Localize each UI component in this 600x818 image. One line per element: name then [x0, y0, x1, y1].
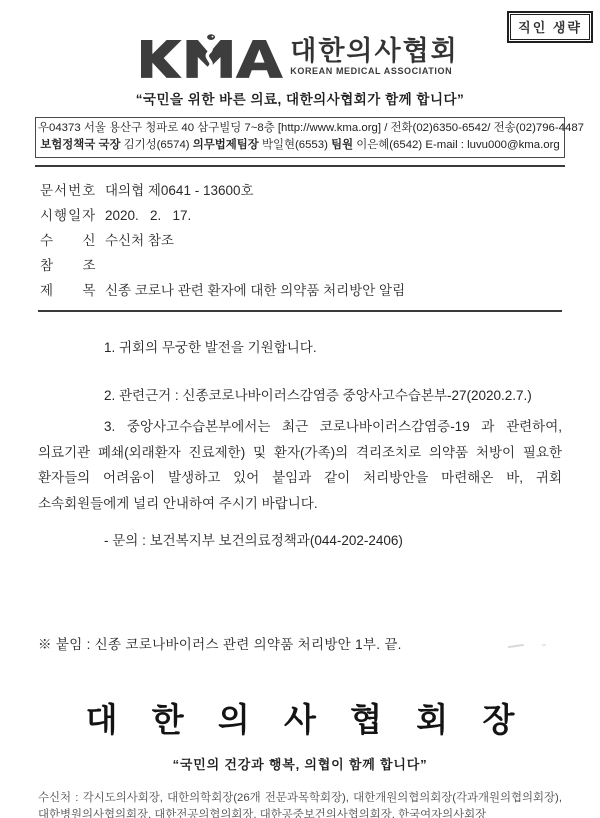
staff-dept-title: 보험정책국 국장 [40, 139, 120, 151]
attachment-note: ※ 붙임 : 신종 코로나바이러스 관련 의약품 처리방안 1부. 끝. [38, 633, 562, 653]
signature-slogan: “국민의 건강과 행복, 의협이 함께 합니다” [0, 754, 600, 773]
org-names: 대한의사협회 KOREAN MEDICAL ASSOCIATION [290, 38, 459, 76]
seal-omitted-label: 직인 생략 [510, 14, 590, 40]
seal-omitted-stamp: 직인 생략 [507, 11, 593, 43]
meta-row-doc-number: 문서번호 대의협 제0641 - 13600호 [40, 179, 560, 204]
signer-title: 대 한 의 사 협 회 장 [0, 703, 600, 741]
recipients-list: 수신처 : 각시도의사회장, 대한의학회장(26개 전문과목학회장), 대한개원… [38, 790, 562, 818]
divider-top [35, 165, 565, 167]
inquiry-line: - 문의 : 보건복지부 보건의료정책과(044-202-2406) [38, 529, 562, 549]
document-meta: 문서번호 대의협 제0641 - 13600호 시행일자 2020. 2. 17… [40, 179, 560, 304]
contact-address-line: 우04373 서울 용산구 청파로 40 삼구빌딩 7~8층 [http://w… [38, 120, 562, 137]
staff-team-title: 의무법제팀장 [193, 139, 259, 151]
staff-name-2: 박일현(6553) [259, 139, 331, 151]
header-slogan: “국민을 위한 바른 의료, 대한의사협회가 함께 합니다” [0, 88, 600, 108]
meta-value: 2020. 2. 17. [105, 208, 191, 223]
meta-value: 신종 코로나 관련 환자에 대한 의약품 처리방안 알림 [105, 279, 405, 299]
staff-member-title: 팀원 [331, 139, 353, 151]
kma-monogram-icon [141, 34, 283, 80]
org-name-english: KOREAN MEDICAL ASSOCIATION [290, 66, 459, 76]
meta-row-recipient: 수 신 수신처 참조 [40, 229, 560, 254]
divider-subject [38, 310, 562, 312]
signature-block: 대 한 의 사 협 회 장 “국민의 건강과 행복, 의협이 함께 합니다” [0, 703, 600, 773]
meta-row-date: 시행일자 2020. 2. 17. [40, 204, 560, 229]
meta-value: 수신처 참조 [105, 229, 174, 249]
meta-row-subject: 제 목 신종 코로나 관련 환자에 대한 의약품 처리방안 알림 [40, 279, 560, 304]
body-paragraph-3: 3. 중앙사고수습본부에서는 최근 코로나바이러스감염증-19 과 관련하여, … [38, 414, 562, 516]
staff-name-3-email: 이은혜(6542) E-mail : luvu000@kma.org [353, 139, 560, 151]
contact-info-box: 우04373 서울 용산구 청파로 40 삼구빌딩 7~8층 [http://w… [35, 117, 565, 158]
staff-name-1: 김기성(6574) [120, 139, 192, 151]
contact-staff-line: 보험정책국 국장 김기성(6574) 의무법제팀장 박일현(6553) 팀원 이… [38, 137, 562, 154]
meta-label: 시행일자 [40, 204, 104, 224]
meta-label: 수 신 [40, 229, 104, 249]
body-paragraph-2: 2. 관련근거 : 신종코로나바이러스감염증 중앙사고수습본부-27(2020.… [38, 384, 562, 404]
document-page: 직인 생략 대한의사협회 KOREAN MEDICAL ASSOCIATION … [0, 0, 600, 818]
meta-label: 문서번호 [40, 179, 104, 199]
letter-body: 1. 귀회의 무궁한 발전을 기원합니다. 2. 관련근거 : 신종코로나바이러… [38, 336, 562, 653]
meta-label: 참 조 [40, 254, 104, 274]
meta-value: 대의협 제0641 - 13600호 [105, 179, 254, 199]
org-name-korean: 대한의사협회 [290, 38, 459, 65]
body-paragraph-1: 1. 귀회의 무궁한 발전을 기원합니다. [38, 336, 562, 356]
meta-row-cc: 참 조 [40, 254, 560, 279]
meta-label: 제 목 [40, 279, 104, 299]
